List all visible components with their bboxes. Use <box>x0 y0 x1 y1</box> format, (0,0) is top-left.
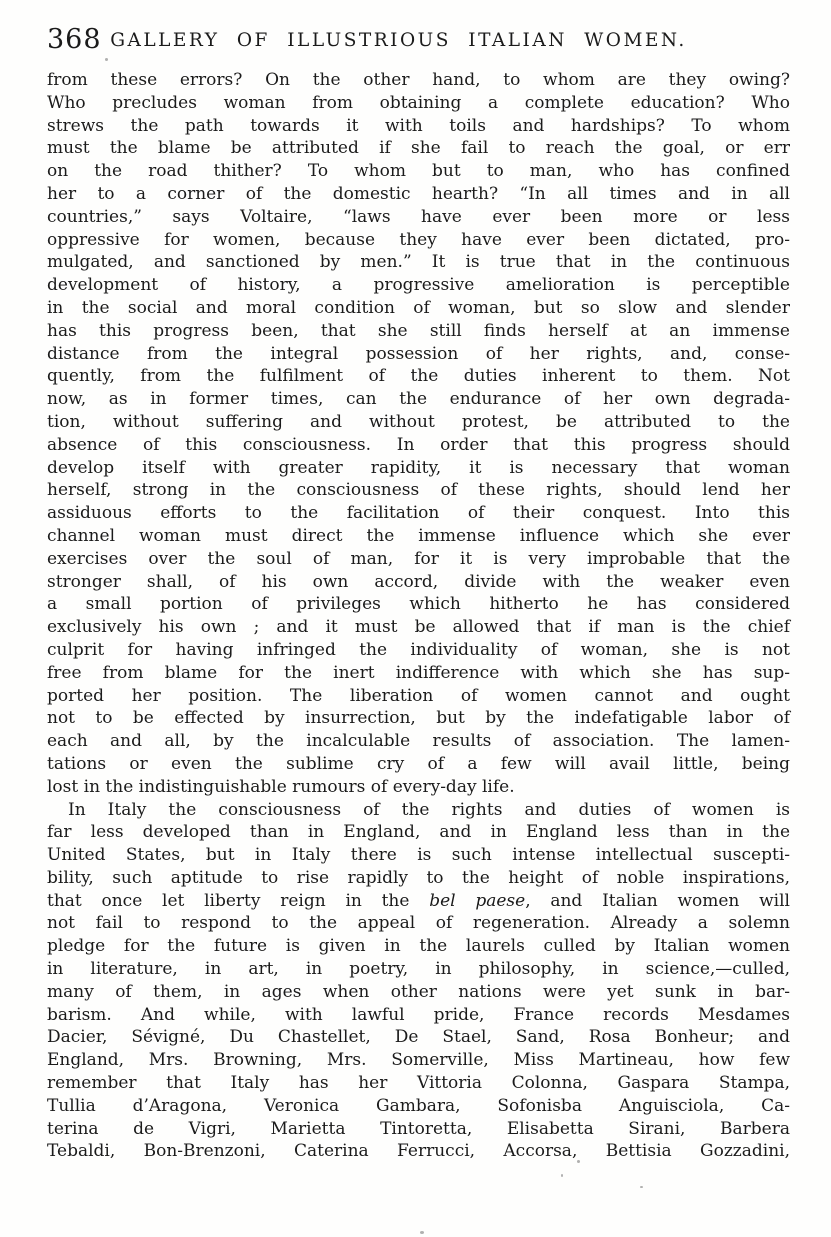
text-line: that once let liberty reign in the bel p… <box>47 890 790 913</box>
text-line: terina de Vigri, Marietta Tintoretta, El… <box>47 1118 790 1141</box>
text-line: on the road thither? To whom but to man,… <box>47 160 790 183</box>
text-line: United States, but in Italy there is suc… <box>47 844 790 867</box>
text-line: develop itself with greater rapidity, it… <box>47 457 790 480</box>
text-line: pledge for the future is given in the la… <box>47 935 790 958</box>
text-line: England, Mrs. Browning, Mrs. Somerville,… <box>47 1049 790 1072</box>
text-line: stronger shall, of his own accord, divid… <box>47 571 790 594</box>
text-line: has this progress been, that she still f… <box>47 320 790 343</box>
page-text: from these errors? On the other hand, to… <box>47 69 790 1163</box>
scan-speck <box>786 558 790 561</box>
text-line: ported her position. The liberation of w… <box>47 685 790 708</box>
page-number: 368 <box>47 24 102 55</box>
text-line: assiduous efforts to the facilitation of… <box>47 502 790 525</box>
text-line: strews the path towards it with toils an… <box>47 115 790 138</box>
text-line: mulgated, and sanctioned by men.” It is … <box>47 251 790 274</box>
text-line: many of them, in ages when other nations… <box>47 981 790 1004</box>
text-line: countries,” says Voltaire, “laws have ev… <box>47 206 790 229</box>
book-page: 368 GALLERY OF ILLUSTRIOUS ITALIAN WOMEN… <box>0 0 831 1237</box>
running-head-title: GALLERY OF ILLUSTRIOUS ITALIAN WOMEN. <box>107 30 690 51</box>
text-line: Tebaldi, Bon-Brenzoni, Caterina Ferrucci… <box>47 1140 790 1163</box>
text-line: in literature, in art, in poetry, in phi… <box>47 958 790 981</box>
text-line: herself, strong in the consciousness of … <box>47 479 790 502</box>
text-line: far less developed than in England, and … <box>47 821 790 844</box>
text-line: remember that Italy has her Vittoria Col… <box>47 1072 790 1095</box>
text-line: tion, without suffering and without prot… <box>47 411 790 434</box>
text-line: culprit for having infringed the individ… <box>47 639 790 662</box>
text-line: must the blame be attributed if she fail… <box>47 137 790 160</box>
text-line: exclusively his own ; and it must be all… <box>47 616 790 639</box>
text-line: now, as in former times, can the enduran… <box>47 388 790 411</box>
text-line: from these errors? On the other hand, to… <box>47 69 790 92</box>
text-line: oppressive for women, because they have … <box>47 229 790 252</box>
scan-speck <box>640 1186 643 1188</box>
text-line: bility, such aptitude to rise rapidly to… <box>47 867 790 890</box>
text-line: a small portion of privileges which hith… <box>47 593 790 616</box>
text-line: quently, from the fulfilment of the duti… <box>47 365 790 388</box>
text-line: each and all, by the incalculable result… <box>47 730 790 753</box>
page-header: 368 GALLERY OF ILLUSTRIOUS ITALIAN WOMEN… <box>47 24 790 56</box>
text-line: Dacier, Sévigné, Du Chastellet, De Stael… <box>47 1026 790 1049</box>
text-line: In Italy the consciousness of the rights… <box>47 799 790 822</box>
text-line: lost in the indistinguishable rumours of… <box>47 776 790 799</box>
text-line: exercises over the soul of man, for it i… <box>47 548 790 571</box>
text-line: in the social and moral condition of wom… <box>47 297 790 320</box>
text-line: not to be effected by insurrection, but … <box>47 707 790 730</box>
text-line: not fail to respond to the appeal of reg… <box>47 912 790 935</box>
text-line: absence of this consciousness. In order … <box>47 434 790 457</box>
text-line: distance from the integral possession of… <box>47 343 790 366</box>
scan-speck <box>105 58 108 61</box>
scan-speck <box>420 1231 424 1234</box>
text-line: her to a corner of the domestic hearth? … <box>47 183 790 206</box>
scan-speck <box>577 1160 580 1163</box>
text-line: Who precludes woman from obtaining a com… <box>47 92 790 115</box>
text-line: free from blame for the inert indifferen… <box>47 662 790 685</box>
text-line: tations or even the sublime cry of a few… <box>47 753 790 776</box>
text-line: channel woman must direct the immense in… <box>47 525 790 548</box>
text-line: development of history, a progressive am… <box>47 274 790 297</box>
text-line: Tullia d’Aragona, Veronica Gambara, Sofo… <box>47 1095 790 1118</box>
text-line: barism. And while, with lawful pride, Fr… <box>47 1004 790 1027</box>
scan-speck <box>561 1174 563 1177</box>
